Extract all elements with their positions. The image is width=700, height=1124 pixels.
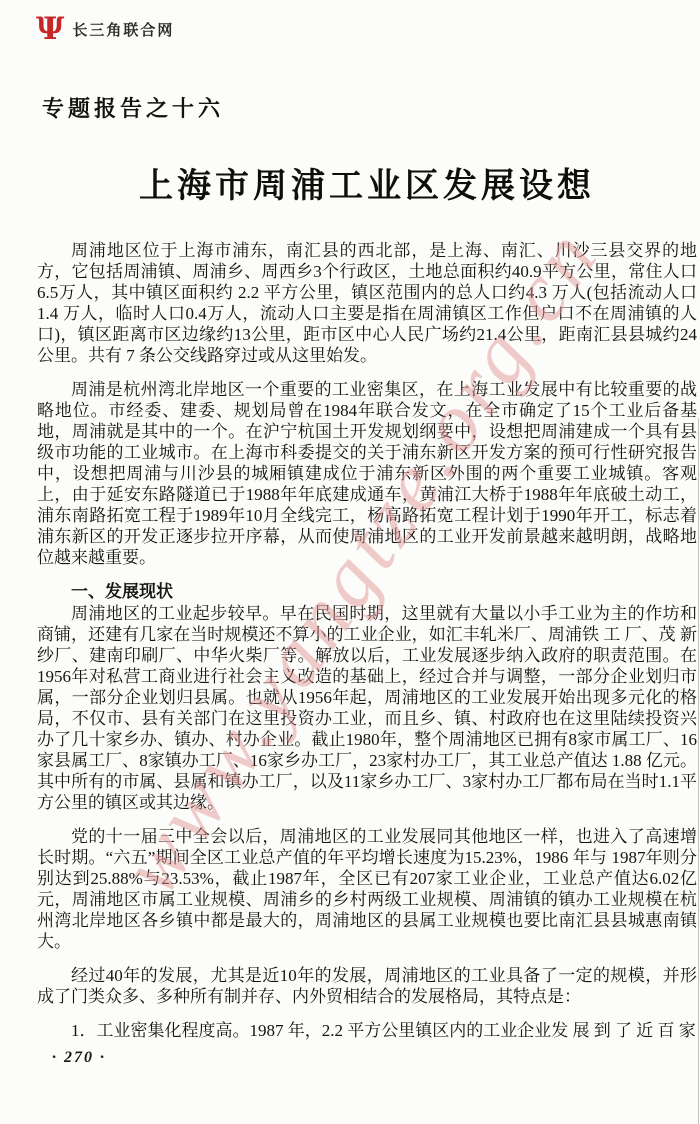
document-body: 周浦地区位于上海市浦东，南汇县的西北部，是上海、南汇、川沙三县交界的地方，它包括…: [37, 240, 697, 1054]
list-item-paragraph: 1．工业密集化程度高。1987 年，2.2 平方公里镇区内的工业企业发 展 到 …: [37, 1020, 697, 1041]
paragraph: 经过40年的发展，尤其是近10年的发展，周浦地区的工业具备了一定的规模，并形成了…: [37, 965, 697, 1007]
paragraph: 周浦是杭州湾北岸地区一个重要的工业密集区，在上海工业发展中有比较重要的战略地位。…: [37, 379, 697, 568]
scan-edge-line: [698, 418, 699, 1124]
site-header: Ψ 长三角联合网: [36, 14, 174, 45]
page-number: · 270 ·: [52, 1049, 106, 1067]
site-name: 长三角联合网: [72, 19, 174, 40]
yangtze-delta-logo-icon: Ψ: [36, 14, 64, 45]
paragraph: 周浦地区的工业起步较早。早在民国时期，这里就有大量以小手工业为主的作坊和商铺，还…: [37, 603, 697, 813]
section-heading: 一、发展现状: [37, 581, 697, 602]
paragraph: 周浦地区位于上海市浦东，南汇县的西北部，是上海、南汇、川沙三县交界的地方，它包括…: [37, 240, 697, 366]
paragraph: 党的十一届三中全会以后，周浦地区的工业发展同其他地区一样，也进入了高速增长时期。…: [37, 826, 697, 952]
document-title: 上海市周浦工业区发展设想: [37, 158, 697, 207]
report-series-label: 专题报告之十六: [42, 92, 224, 123]
scanned-document-page: Ψ 长三角联合网 专题报告之十六 上海市周浦工业区发展设想 周浦地区位于上海市浦…: [0, 0, 700, 1124]
